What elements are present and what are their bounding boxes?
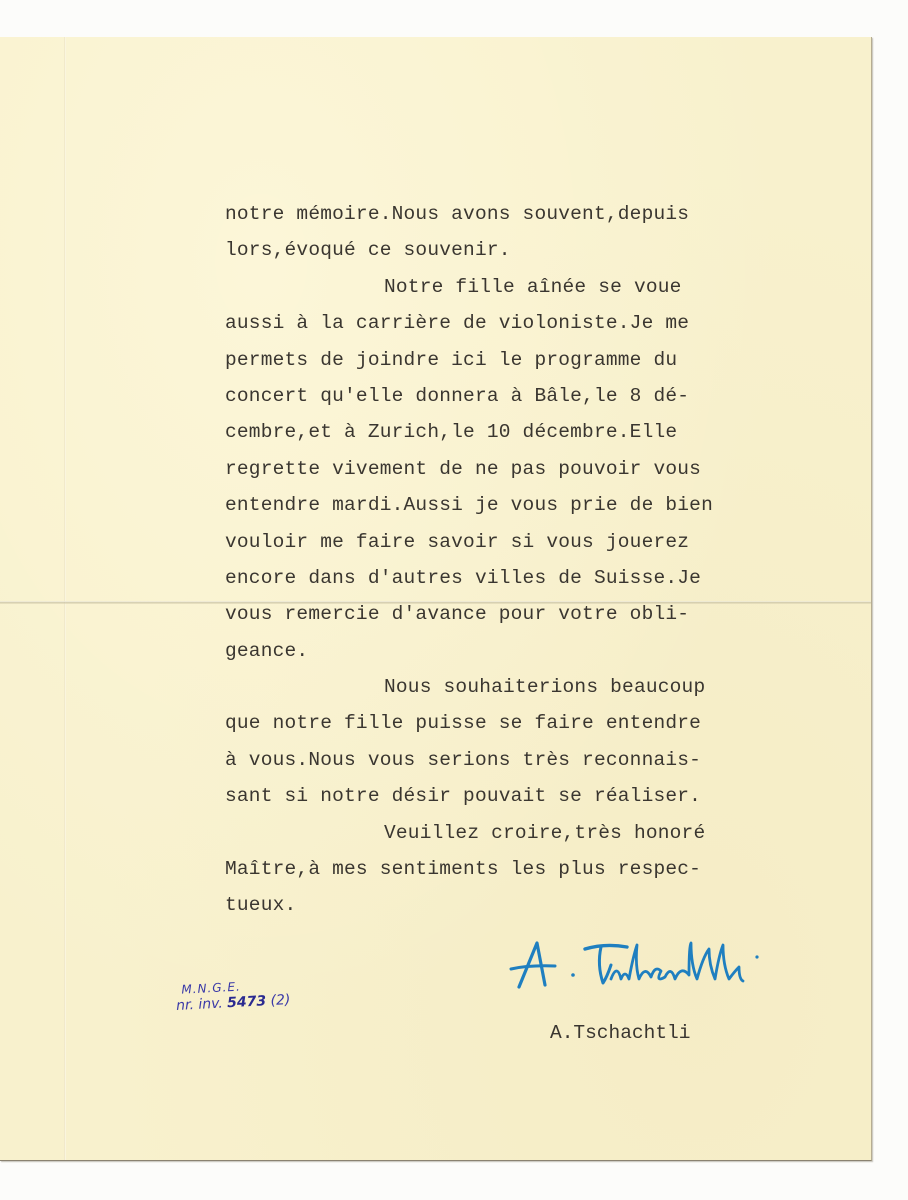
body-line: Maître,à mes sentiments les plus respec- (225, 851, 795, 887)
body-line: encore dans d'autres villes de Suisse.Je (225, 560, 795, 596)
signature-icon (505, 935, 785, 995)
body-line: Notre fille aînée se voue (225, 269, 795, 305)
body-line: geance. (225, 633, 795, 669)
body-line: que notre fille puisse se faire entendre (225, 705, 795, 741)
body-line: notre mémoire.Nous avons souvent,depuis (225, 196, 795, 232)
body-line: Veuillez croire,très honoré (225, 815, 795, 851)
body-line: vous remercie d'avance pour votre obli- (225, 596, 795, 632)
handwritten-signature (505, 935, 785, 995)
letter-body: notre mémoire.Nous avons souvent,depuis … (225, 196, 795, 924)
stamp-inventory-number: 5473 (227, 993, 267, 1011)
body-line: tueux. (225, 887, 795, 923)
scanned-page: notre mémoire.Nous avons souvent,depuis … (0, 0, 908, 1200)
stamp-inventory-prefix: nr. inv. (176, 996, 223, 1014)
body-line: lors,évoqué ce souvenir. (225, 232, 795, 268)
body-line: permets de joindre ici le programme du (225, 342, 795, 378)
body-line: sant si notre désir pouvait se réaliser. (225, 778, 795, 814)
body-line: regrette vivement de ne pas pouvoir vous (225, 451, 795, 487)
body-line: Nous souhaiterions beaucoup (225, 669, 795, 705)
body-line: entendre mardi.Aussi je vous prie de bie… (225, 487, 795, 523)
body-line: cembre,et à Zurich,le 10 décembre.Elle (225, 414, 795, 450)
vertical-fold-crease (64, 37, 66, 1160)
stamp-inventory-suffix: (2) (270, 992, 291, 1009)
body-line: aussi à la carrière de violoniste.Je me (225, 305, 795, 341)
inventory-stamp: M.N.G.E. nr. inv. 5473 (2) (175, 977, 291, 1014)
body-line: concert qu'elle donnera à Bâle,le 8 dé- (225, 378, 795, 414)
body-line: à vous.Nous vous serions très reconnais- (225, 742, 795, 778)
body-line: vouloir me faire savoir si vous jouerez (225, 524, 795, 560)
typed-signature-name: A.Tschachtli (550, 1022, 690, 1044)
